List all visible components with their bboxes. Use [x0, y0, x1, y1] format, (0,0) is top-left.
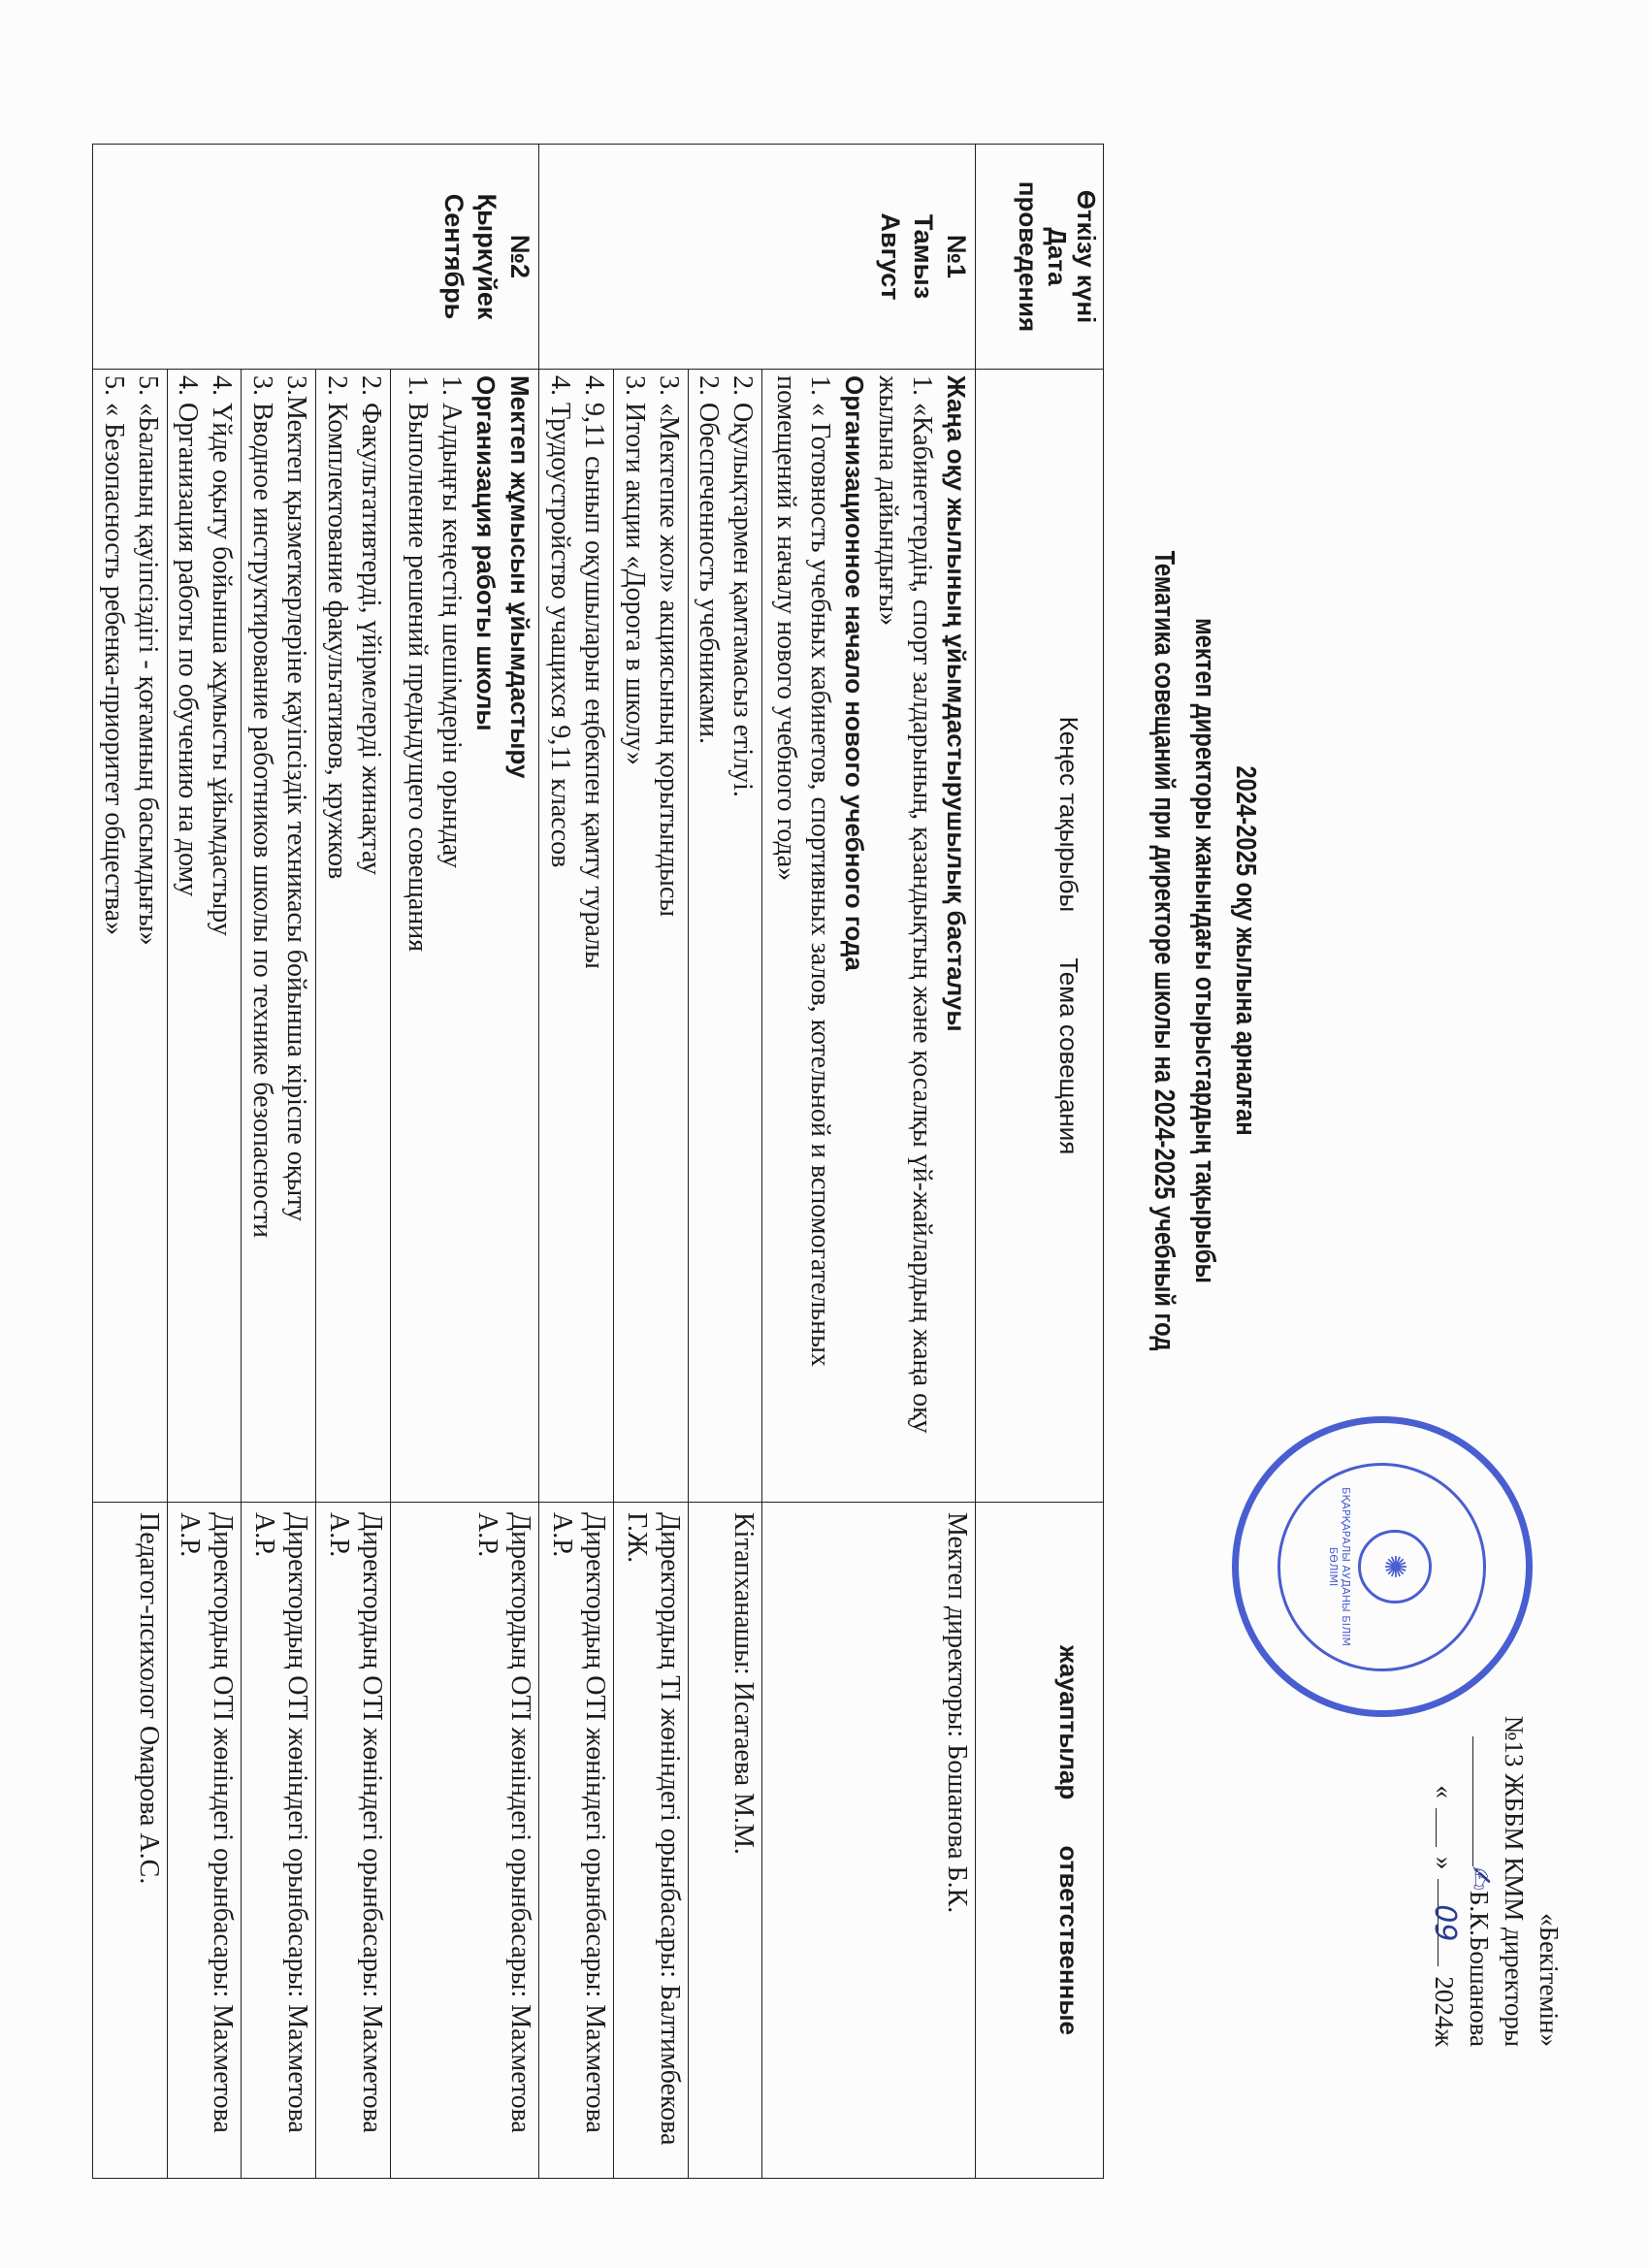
signature-mark: ✍: [1462, 1866, 1497, 1891]
table-row: 5. «Баланың қауіпсіздігі - қоғамның басы…: [93, 145, 168, 2179]
table-row: 4. Үйде оқыту бойынша жұмысты ұйымдастыр…: [167, 145, 242, 2179]
official-stamp: ✺ БҚАРҚАРАЛЫ АУДАНЫ БІЛІМ БӨЛІМІ: [1232, 1416, 1533, 1717]
responsible-cell: Педагог-психолог Омарова А.С.: [93, 1503, 168, 2179]
document-page: «Бекітемін» №13 ЖББМ КММ директоры ✍ Б.К…: [0, 0, 1649, 2268]
state-emblem-icon: ✺: [1358, 1530, 1432, 1604]
responsible-cell: Директордың ОТІ жөніндегі орынбасары: Ма…: [390, 1503, 538, 2179]
approval-date: « » 09 2024ж: [1427, 1736, 1462, 2047]
signature-line: [1472, 1736, 1497, 1866]
topic-cell: 3. «Мектепке жол» акциясының қорытындысы…: [613, 370, 688, 1503]
topic-cell: 2. Оқулықтармен қамтамасыз етілуі. 2. Об…: [688, 370, 762, 1503]
table-header-row: Өткізу күні Дата проведения Кеңес тақыры…: [976, 145, 1104, 2179]
topic-cell: 3.Мектеп қызметкерлеріне қауіпсіздік тех…: [242, 370, 316, 1503]
responsible-cell: Директордың ОТІ жөніндегі орынбасары: Ма…: [539, 1503, 614, 2179]
approval-name-line: ✍ Б.К.Бошанова: [1462, 1736, 1497, 2047]
approval-heading: «Бекітемін»: [1532, 1736, 1567, 2047]
responsible-cell: Мектеп директоры: Бошанова Б.К.: [762, 1503, 976, 2179]
header-topic: Кеңес тақырыбы Тема совещания: [976, 370, 1104, 1503]
header-date: Өткізу күні Дата проведения: [976, 145, 1104, 370]
table-row: 3. «Мектепке жол» акциясының қорытындысы…: [613, 145, 688, 2179]
topic-cell: Жаңа оқу жылының ұйымдастырушылық бастал…: [762, 370, 976, 1503]
responsible-cell: Директордың ТІ жөніндегі орынбасары: Бал…: [613, 1503, 688, 2179]
approval-year: 2024ж: [1427, 1976, 1462, 2047]
title-line-3: Тематика совещаний при директоре школы н…: [1144, 473, 1184, 1428]
table-row: №1 Тамыз Август Жаңа оқу жылының ұйымдас…: [762, 145, 976, 2179]
table-row: 3.Мектеп қызметкерлеріне қауіпсіздік тех…: [242, 145, 316, 2179]
approval-org-line: №13 ЖББМ КММ директоры: [1497, 1736, 1532, 2047]
document-titles: 2024-2025 оқу жылына арналған мектеп дир…: [1144, 369, 1266, 1533]
topic-cell: 4. 9,11 сынып оқушыларын еңбекпен қамту …: [539, 370, 614, 1503]
approval-month: 09: [1438, 1879, 1462, 1966]
section-title: Организационное начало нового учебного г…: [837, 375, 871, 1496]
approval-block: «Бекітемін» №13 ЖББМ КММ директоры ✍ Б.К…: [1427, 1736, 1567, 2047]
approver-name: Б.К.Бошанова: [1462, 1891, 1497, 2047]
topic-cell: 2. Факультативтерді, үйірмелерді жинақта…: [316, 370, 391, 1503]
responsible-cell: Директордың ОТІ жөніндегі орынбасары: Ма…: [242, 1503, 316, 2179]
title-line-2: мектеп директоры жанындағы отырыстардың …: [1184, 473, 1225, 1428]
table-row: 2. Факультативтерді, үйірмелерді жинақта…: [316, 145, 391, 2179]
topic-cell: 4. Үйде оқыту бойынша жұмысты ұйымдастыр…: [167, 370, 242, 1503]
section-title: Организация работы школы: [469, 375, 502, 1496]
section-title: Мектеп жұмысын ұйымдастыру: [502, 375, 536, 1496]
header-responsible: жауаптылар ответственные: [976, 1503, 1104, 2179]
responsible-cell: Кітапханашы: Исатаева М.М.: [688, 1503, 762, 2179]
meetings-table: Өткізу күні Дата проведения Кеңес тақыры…: [92, 144, 1104, 2179]
meeting-1-date: №1 Тамыз Август: [539, 145, 976, 370]
title-line-1: 2024-2025 оқу жылына арналған: [1225, 473, 1266, 1428]
meeting-2-date: №2 Қыркүйек Сентябрь: [93, 145, 539, 370]
table-row: 4. 9,11 сынып оқушыларын еңбекпен қамту …: [539, 145, 614, 2179]
table-row: 2. Оқулықтармен қамтамасыз етілуі. 2. Об…: [688, 145, 762, 2179]
topic-cell: Мектеп жұмысын ұйымдастыру Организация р…: [390, 370, 538, 1503]
responsible-cell: Директордың ОТІ жөніндегі орынбасары: Ма…: [167, 1503, 242, 2179]
section-title: Жаңа оқу жылының ұйымдастырушылық бастал…: [939, 375, 973, 1496]
table-row: №2 Қыркүйек Сентябрь Мектеп жұмысын ұйым…: [390, 145, 538, 2179]
topic-cell: 5. «Баланың қауіпсіздігі - қоғамның басы…: [93, 370, 168, 1503]
responsible-cell: Директордың ОТІ жөніндегі орынбасары: Ма…: [316, 1503, 391, 2179]
